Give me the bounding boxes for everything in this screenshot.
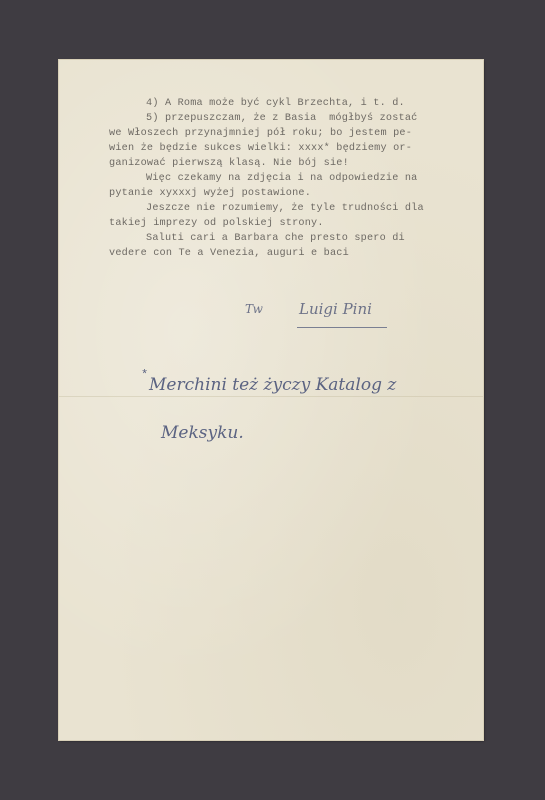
typed-line: we Włoszech przynajmniej pół roku; bo je… xyxy=(109,126,469,141)
typed-line: takiej imprezy od polskiej strony. xyxy=(109,216,469,231)
typed-line: ganizować pierwszą klasą. Nie bój sie! xyxy=(109,156,469,171)
typed-line: wien że będzie sukces wielki: xxxx* będz… xyxy=(109,141,469,156)
signature-prefix: Tw xyxy=(245,302,263,316)
paper-fold-line xyxy=(59,396,483,397)
typed-line: vedere con Te a Venezia, auguri e baci xyxy=(109,246,469,261)
handwritten-note-line-1: Merchini też życzy Katalog z xyxy=(149,375,396,395)
signature: Luigi Pini xyxy=(299,300,372,318)
letter-page: 4) A Roma może być cykl Brzechta, i t. d… xyxy=(59,60,483,740)
asterisk-mark: * xyxy=(141,368,148,382)
typed-line: Jeszcze nie rozumiemy, że tyle trudności… xyxy=(109,201,469,216)
typed-line: 4) A Roma może być cykl Brzechta, i t. d… xyxy=(109,96,469,111)
typed-line: Więc czekamy na zdjęcia i na odpowiedzie… xyxy=(109,171,469,186)
signature-underline xyxy=(297,327,387,328)
typed-line: 5) przepuszczam, że z Basia mógłbyś zost… xyxy=(109,111,469,126)
typed-line: Saluti cari a Barbara che presto spero d… xyxy=(109,231,469,246)
handwritten-note-line-2: Meksyku. xyxy=(161,423,244,443)
typed-text-block: 4) A Roma może być cykl Brzechta, i t. d… xyxy=(109,96,469,261)
typed-line: pytanie xyxxxj wyżej postawione. xyxy=(109,186,469,201)
